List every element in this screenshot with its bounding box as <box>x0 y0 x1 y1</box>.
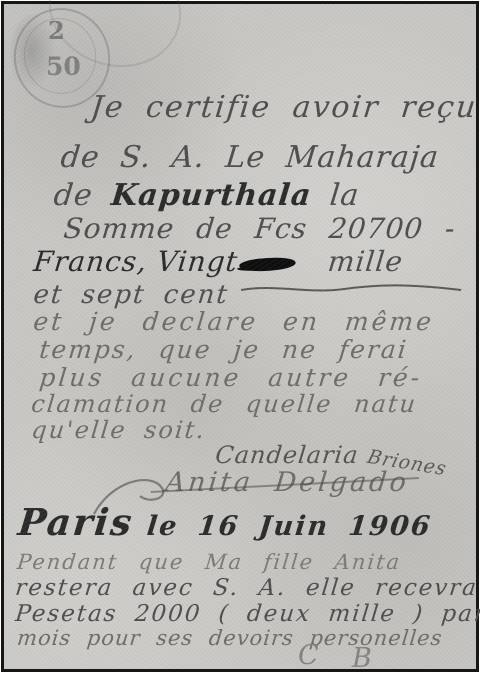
handwritten-line: et sept cent <box>32 280 465 310</box>
line-text: et sept cent <box>32 280 230 310</box>
pencil-initial-b: B <box>352 643 372 673</box>
stamp-value-top: 2 <box>48 16 65 45</box>
handwritten-line: restera avec S. A. elle recevra <box>14 575 479 601</box>
signature-second: Anita Delgado <box>164 467 410 498</box>
handwritten-line: de S. A. Le Maharaja <box>59 140 441 175</box>
dateline-city: Paris <box>16 500 136 544</box>
line-text: de <box>52 178 113 213</box>
dateline: Parisle 16 Juin 1906 <box>16 500 434 544</box>
line-text: Francs, Vingt <box>32 245 240 278</box>
signature-first: CandelariaBriones <box>214 441 451 469</box>
handwritten-line: clamation de quelle natu <box>30 390 419 418</box>
handwritten-line: qu'elle soit. <box>30 416 207 444</box>
dateline-date: le 16 Juin 1906 <box>145 511 433 542</box>
handwritten-line: Francs, Vingtmille <box>32 245 405 278</box>
handwritten-line: mois pour ses devoirs personelles <box>16 626 444 650</box>
line-text: de S. A. Le Maharaja <box>59 140 441 175</box>
pencil-initial-c: C <box>298 640 319 671</box>
handwritten-line: et je declare en même <box>32 307 436 336</box>
line-text: mille <box>326 245 404 278</box>
stamp-value-bottom: 50 <box>46 52 81 81</box>
signature-given-name: Candelaria <box>214 441 360 469</box>
handwritten-line: Pesetas 2000 ( deux mille ) par <box>14 601 480 627</box>
proper-name: Kapurthala <box>110 178 314 213</box>
handwritten-line: Je certifie avoir reçu <box>89 90 479 125</box>
handwritten-line: temps, que je ne ferai <box>38 335 409 364</box>
pen-dash-stroke <box>239 281 466 297</box>
line-text: la <box>310 178 362 213</box>
document-photo: 2 50 Je certifie avoir reçu de S. A. Le … <box>1 1 479 672</box>
handwritten-line: Somme de Fcs 20700 - <box>62 212 457 245</box>
ink-redaction-blob <box>239 256 296 273</box>
handwritten-line: Pendant que Ma fille Anita <box>16 550 402 574</box>
handwritten-line: plus aucune autre ré- <box>38 363 424 392</box>
handwritten-line: de Kapurthala la <box>52 178 361 213</box>
